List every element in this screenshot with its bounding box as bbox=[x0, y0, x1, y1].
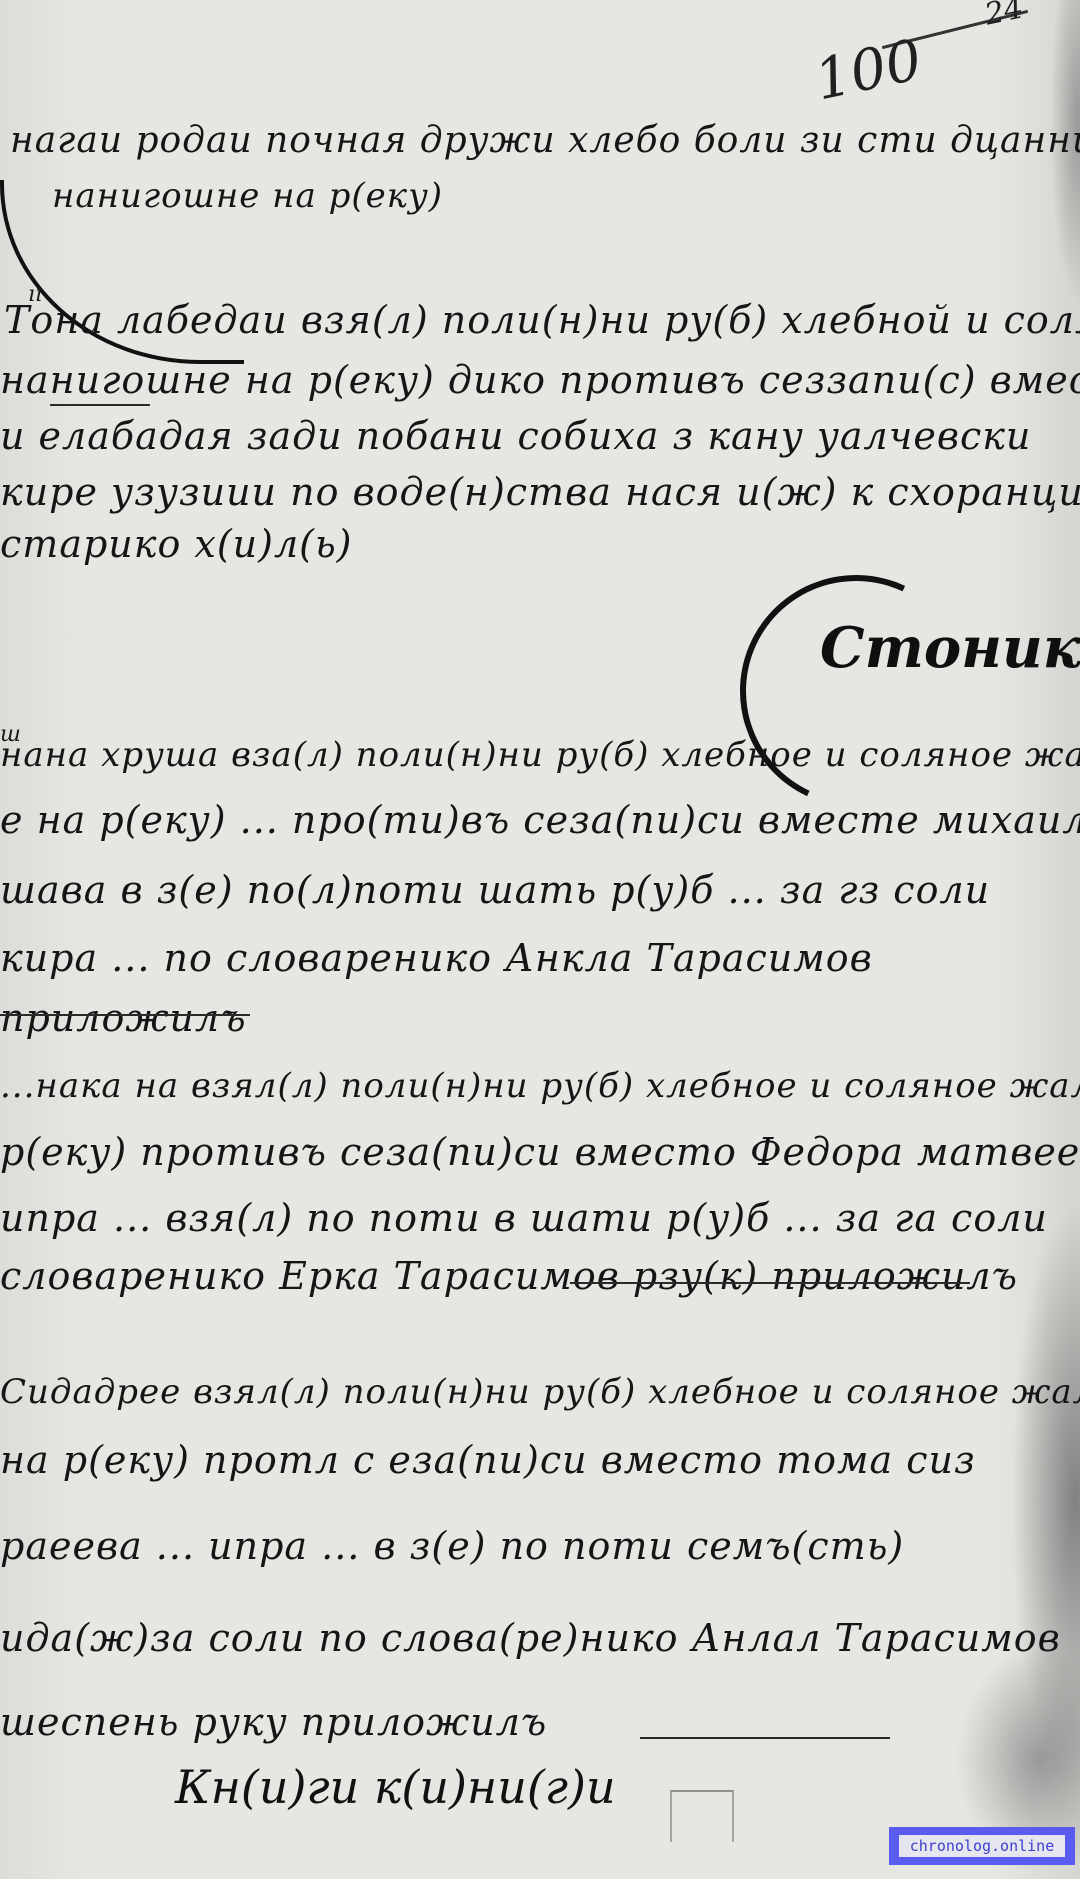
entry-2-line-1: нана хруша вза(л) поли(н)ни ру(б) хлебно… bbox=[0, 735, 1080, 775]
entry-4-line-4: ида(ж)за соли по слова(ре)нико Анлал Тар… bbox=[0, 1616, 1061, 1660]
entry-4-line-1: Сидадрее взял(л) поли(н)ни ру(б) хлебное… bbox=[0, 1372, 1080, 1412]
signature-text: Стоник bbox=[820, 615, 1080, 681]
entry-3-line-4: словаренико Ерка Тарасимов рзу(к) прилож… bbox=[0, 1254, 1018, 1298]
entry-1-line-4: кире узузиии по воде(н)ства нася и(ж) к … bbox=[0, 470, 1080, 514]
entry-2-line-5: приложилъ bbox=[0, 996, 247, 1040]
entry-1-line-5: старико х(и)л(ь) bbox=[0, 522, 353, 566]
entry-2-line-3: шава в з(е) по(л)поти шать р(у)б ... за … bbox=[0, 868, 990, 912]
underline-stroke bbox=[50, 404, 150, 406]
faded-stamp-outline bbox=[670, 1790, 734, 1842]
underline-stroke bbox=[570, 1282, 970, 1284]
entry-4-line-2: на р(еку) протл с еза(пи)си вместо тома … bbox=[0, 1438, 976, 1482]
entry-3-line-2: р(еку) противъ сеза(пи)си вместо Федора … bbox=[0, 1130, 1080, 1174]
entry-1-line-3: и елабадая зади побани собиха з кану уал… bbox=[0, 414, 1031, 458]
entry-1-line-2: нанигошне на р(еку) дико противъ сеззапи… bbox=[0, 358, 1080, 402]
entry-3-line-3: ипра ... взя(л) по поти в шати р(у)б ...… bbox=[0, 1196, 1048, 1240]
entry-3-line-1: ...нака на взял(л) поли(н)ни ру(б) хлебн… bbox=[0, 1066, 1080, 1106]
closing-note: Кн(и)ги к(и)ни(г)и bbox=[175, 1760, 616, 1814]
watermark-text: chronolog.online bbox=[899, 1835, 1065, 1857]
entry-2-line-2: е на р(еку) ... про(ти)въ сеза(пи)си вме… bbox=[0, 798, 1080, 842]
watermark-badge: chronolog.online bbox=[889, 1827, 1075, 1865]
entry-2-line-4: кира ... по словаренико Анкла Тарасимов bbox=[0, 936, 873, 980]
entry-4-line-3: раеева ... ипра ... в з(е) по поти семъ(… bbox=[0, 1524, 904, 1568]
marginal-signature: Стоник bbox=[740, 575, 1040, 735]
underline-stroke bbox=[640, 1737, 890, 1739]
underline-stroke bbox=[0, 1014, 250, 1016]
entry-4-line-5: шеспень руку приложилъ bbox=[0, 1700, 547, 1744]
heading-line-1: нагаи родаи почная дружи хлебо боли зи с… bbox=[10, 120, 1080, 161]
entry-1-line-1: Тона лабедаи взя(л) поли(н)ни ру(б) хлеб… bbox=[4, 298, 1080, 342]
